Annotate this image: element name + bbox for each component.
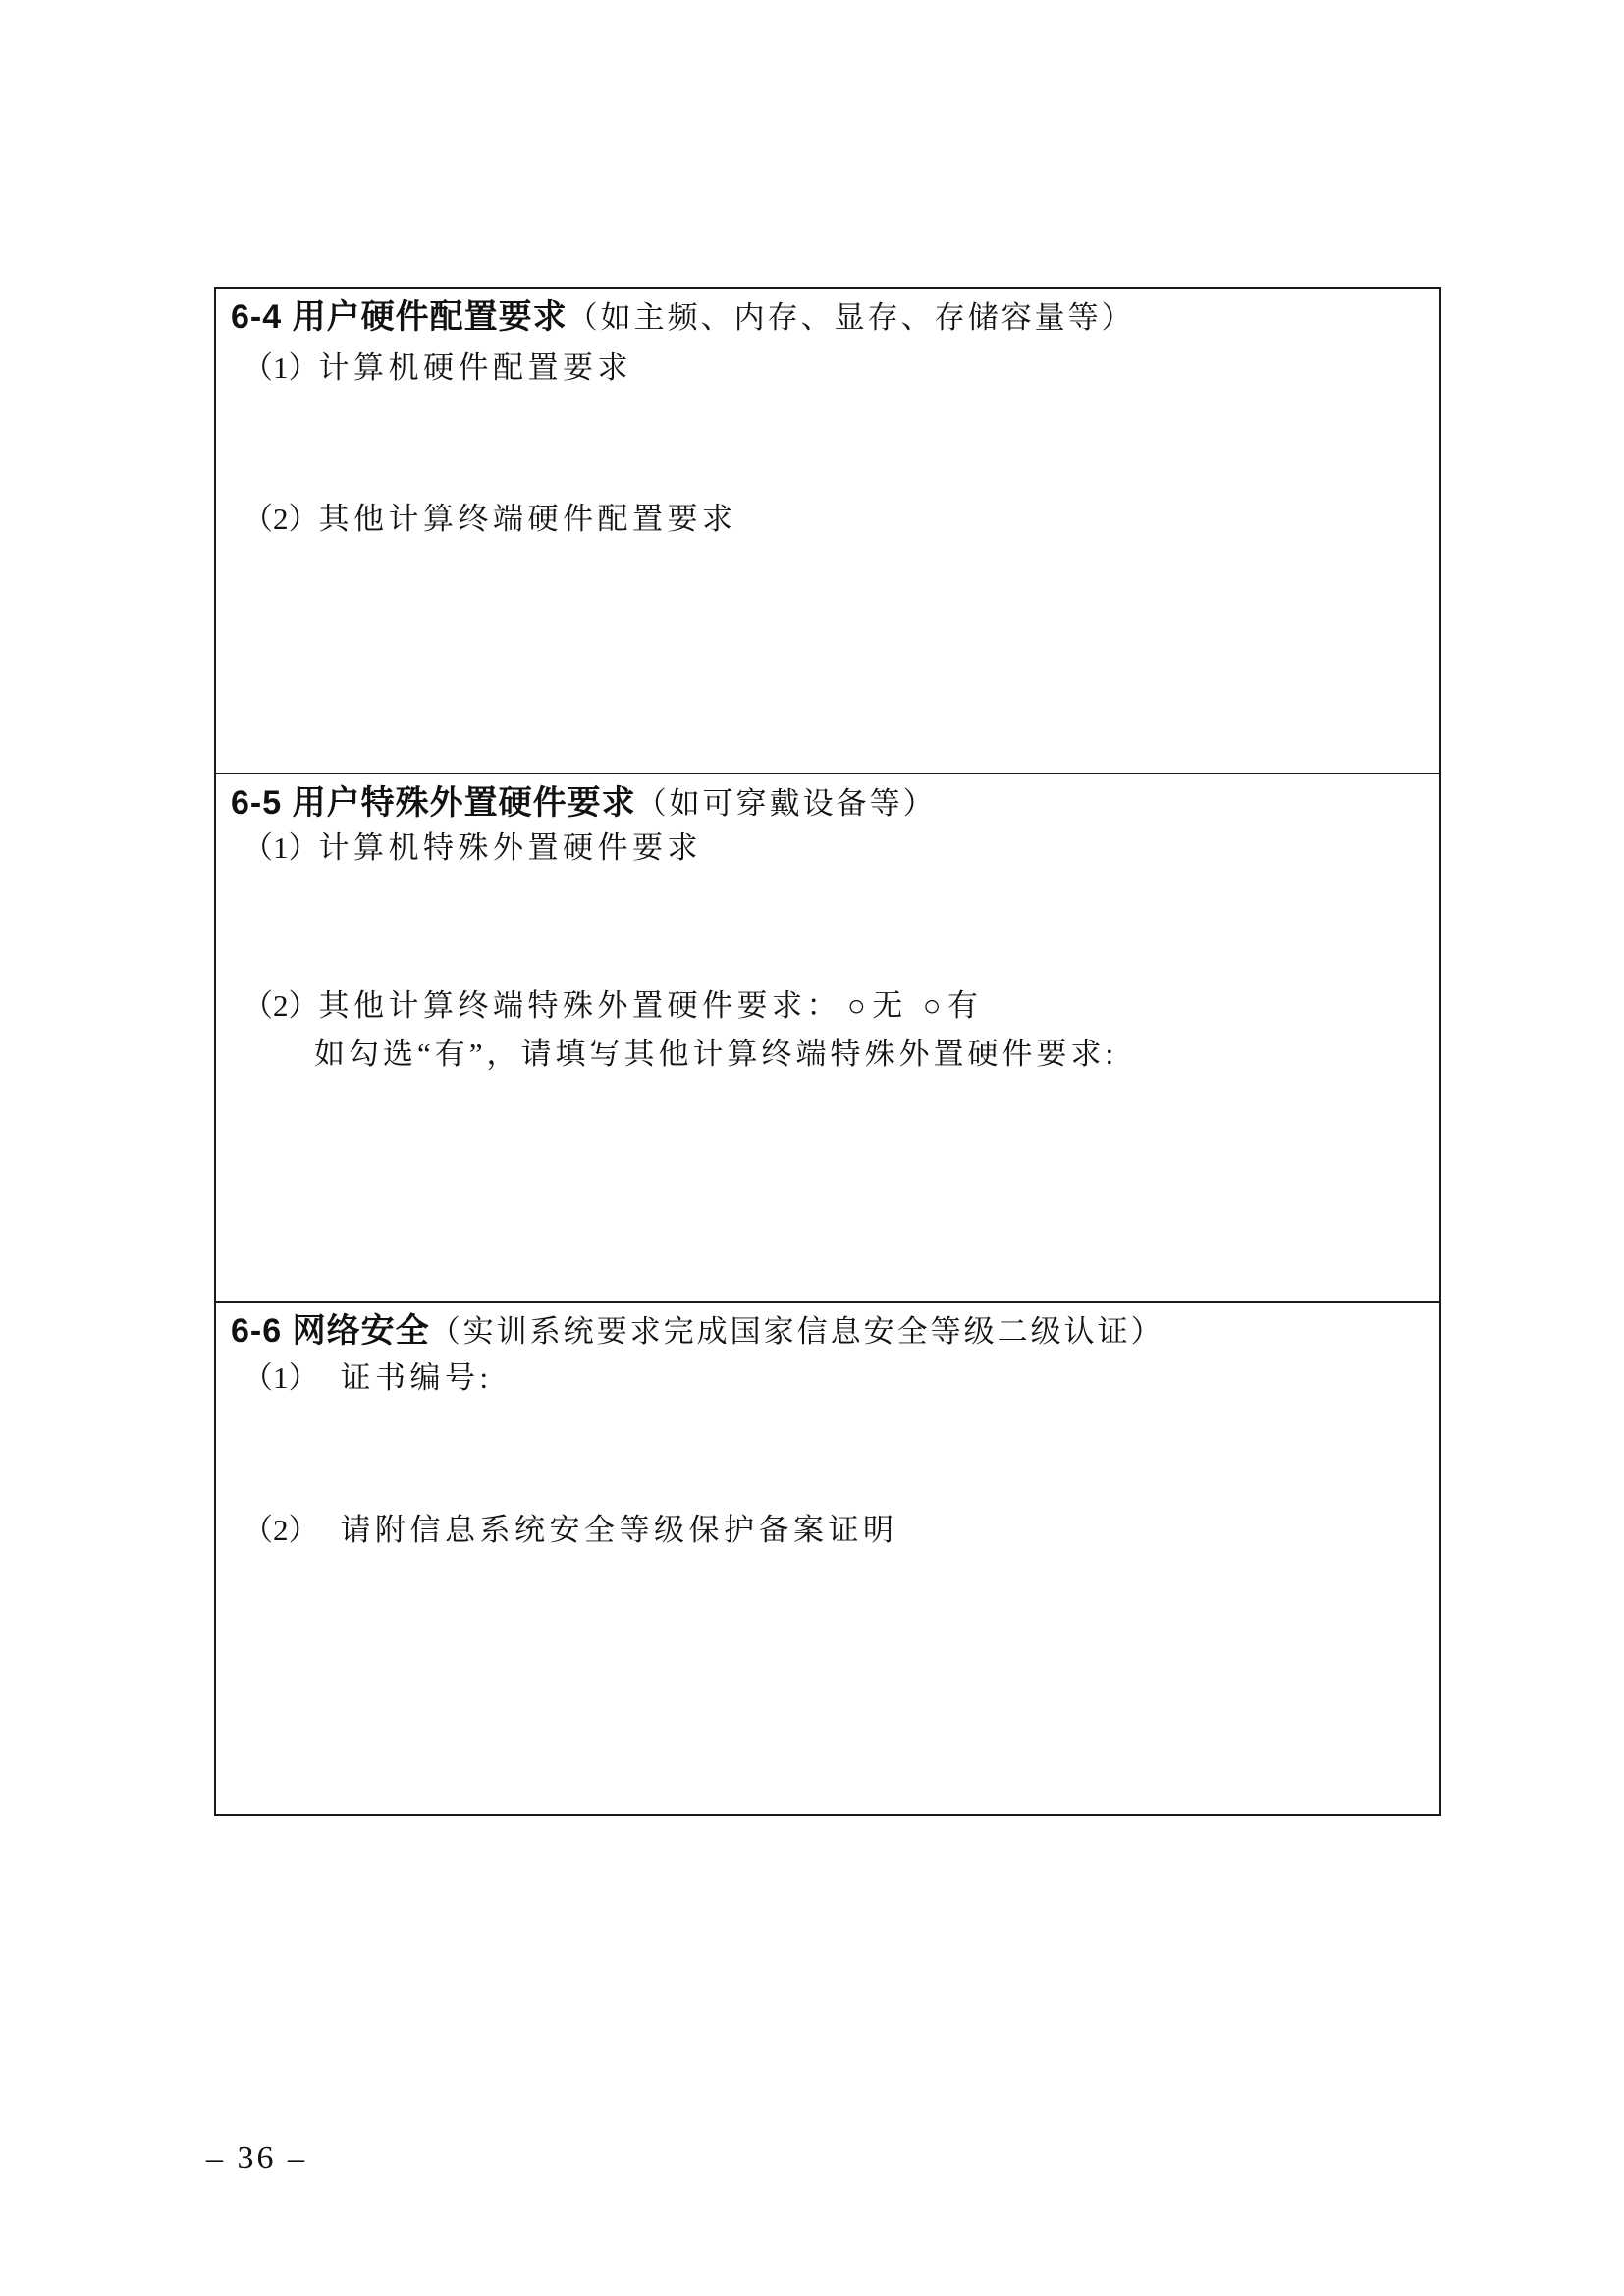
radio-circle-icon[interactable]: ○ — [923, 988, 946, 1023]
radio-circle-icon[interactable]: ○ — [847, 988, 870, 1023]
radio-label-none: 无 — [872, 988, 907, 1023]
item-label: 其他计算终端硬件配置要求 — [319, 502, 737, 536]
radio-option-yes[interactable]: ○有 — [923, 988, 983, 1026]
page-number: – 36 – — [206, 2140, 307, 2177]
section-6-6: 6-6 网络安全（实训系统要求完成国家信息安全等级二级认证） （1）证书编号: … — [216, 1303, 1439, 1814]
item-number: （2） — [243, 1513, 319, 1547]
section-6-5-note: （如可穿戴设备等） — [636, 786, 937, 821]
section-6-5-heading: 6-5 用户特殊外置硬件要求 — [231, 784, 636, 822]
external-hardware-radio-group: ○无○有 — [847, 988, 982, 1023]
item-label: 请附信息系统安全等级保护备案证明 — [341, 1513, 898, 1547]
section-6-4-note: （如主频、内存、显存、存储容量等） — [568, 300, 1135, 335]
section-6-4-heading: 6-4 用户硬件配置要求 — [231, 298, 568, 336]
section-6-4: 6-4 用户硬件配置要求（如主频、内存、显存、存储容量等） （1）计算机硬件配置… — [216, 289, 1439, 774]
field-6-5-item-1: （1）计算机特殊外置硬件要求 — [243, 829, 702, 868]
field-6-5-item-2-instruction: 如勾选“有”，请填写其他计算终端特殊外置硬件要求: — [314, 1036, 1117, 1074]
item-label: 其他计算终端特殊外置硬件要求： — [319, 988, 842, 1023]
field-6-5-item-2: （2）其他计算终端特殊外置硬件要求：○无○有 — [243, 988, 982, 1026]
item-label: 计算机特殊外置硬件要求 — [319, 830, 703, 865]
section-6-6-note: （实训系统要求完成国家信息安全等级二级认证） — [430, 1314, 1164, 1349]
radio-label-yes: 有 — [947, 988, 983, 1023]
item-number: （1） — [243, 350, 319, 385]
section-6-6-heading: 6-6 网络安全 — [231, 1312, 430, 1350]
requirements-table: 6-4 用户硬件配置要求（如主频、内存、显存、存储容量等） （1）计算机硬件配置… — [214, 287, 1441, 1816]
section-6-6-title: 6-6 网络安全（实训系统要求完成国家信息安全等级二级认证） — [231, 1310, 1164, 1353]
radio-option-none[interactable]: ○无 — [847, 988, 907, 1026]
item-label: 证书编号: — [341, 1361, 493, 1395]
field-6-4-item-1: （1）计算机硬件配置要求 — [243, 349, 632, 388]
item-number: （2） — [243, 988, 319, 1023]
item-number: （1） — [243, 830, 319, 865]
section-6-4-title: 6-4 用户硬件配置要求（如主频、内存、显存、存储容量等） — [231, 296, 1135, 339]
section-6-5-title: 6-5 用户特殊外置硬件要求（如可穿戴设备等） — [231, 782, 937, 825]
field-6-6-item-1: （1）证书编号: — [243, 1360, 493, 1398]
section-6-5: 6-5 用户特殊外置硬件要求（如可穿戴设备等） （1）计算机特殊外置硬件要求 （… — [216, 774, 1439, 1303]
field-6-4-item-2: （2）其他计算终端硬件配置要求 — [243, 501, 737, 539]
item-number: （2） — [243, 502, 319, 536]
field-6-6-item-2: （2）请附信息系统安全等级保护备案证明 — [243, 1512, 898, 1550]
item-label: 计算机硬件配置要求 — [319, 350, 633, 385]
item-number: （1） — [243, 1361, 319, 1395]
document-page: 6-4 用户硬件配置要求（如主频、内存、显存、存储容量等） （1）计算机硬件配置… — [0, 0, 1624, 2296]
